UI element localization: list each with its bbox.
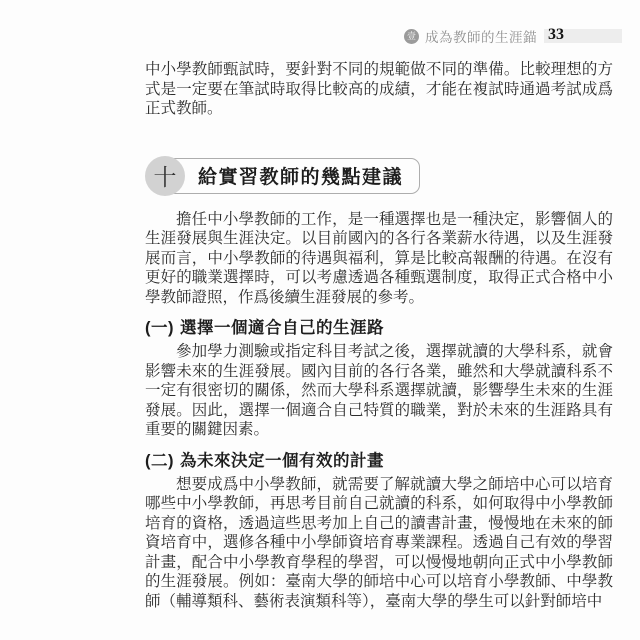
subsection-1-label: (一)	[145, 319, 174, 337]
subsection-2-heading: (二)為未來決定一個有效的計畫	[145, 450, 613, 472]
page-number-bar: 33	[544, 29, 622, 43]
subsection-1: (一)選擇一個適合自己的生涯路 參加學力測驗或指定科目考試之後，選擇就讀的大學科…	[145, 317, 613, 440]
subsection-2: (二)為未來決定一個有效的計畫 想要成爲中小學教師，就需要了解就讀大學之師培中心…	[145, 450, 613, 612]
subsection-2-body: 想要成爲中小學教師，就需要了解就讀大學之師培中心可以培育哪些中小學教師，再思考目…	[145, 475, 613, 612]
book-page: 壹 成為教師的生涯錨 33 中小學教師甄試時，要針對不同的規範做不同的準備。比較…	[0, 0, 640, 640]
chapter-badge-icon: 壹	[404, 29, 419, 44]
intro-paragraph: 中小學教師甄試時，要針對不同的規範做不同的準備。比較理想的方式是一定要在筆試時取…	[145, 60, 613, 119]
subsection-1-body: 參加學力測驗或指定科目考試之後，選擇就讀的大學科系，就會影響未來的生涯發展。國內…	[145, 342, 613, 440]
subsection-1-heading: (一)選擇一個適合自己的生涯路	[145, 317, 613, 339]
subsection-2-label: (二)	[145, 452, 174, 470]
section-heading: 十 給實習教師的幾點建議	[145, 156, 613, 196]
subsection-1-title: 選擇一個適合自己的生涯路	[180, 319, 384, 337]
page-number: 33	[544, 26, 564, 44]
subsection-2-title: 為未來決定一個有效的計畫	[180, 452, 384, 470]
text-column: 中小學教師甄試時，要針對不同的規範做不同的準備。比較理想的方式是一定要在筆試時取…	[145, 60, 613, 611]
section-number-badge: 十	[145, 156, 185, 196]
section-lead-paragraph: 擔任中小學教師的工作，是一種選擇也是一種決定，影響個人的生涯發展與生涯決定。以目…	[145, 210, 613, 308]
running-header: 壹 成為教師的生涯錨 33	[404, 27, 622, 45]
running-header-title: 成為教師的生涯錨	[425, 26, 537, 46]
section-title: 給實習教師的幾點建議	[161, 158, 420, 194]
